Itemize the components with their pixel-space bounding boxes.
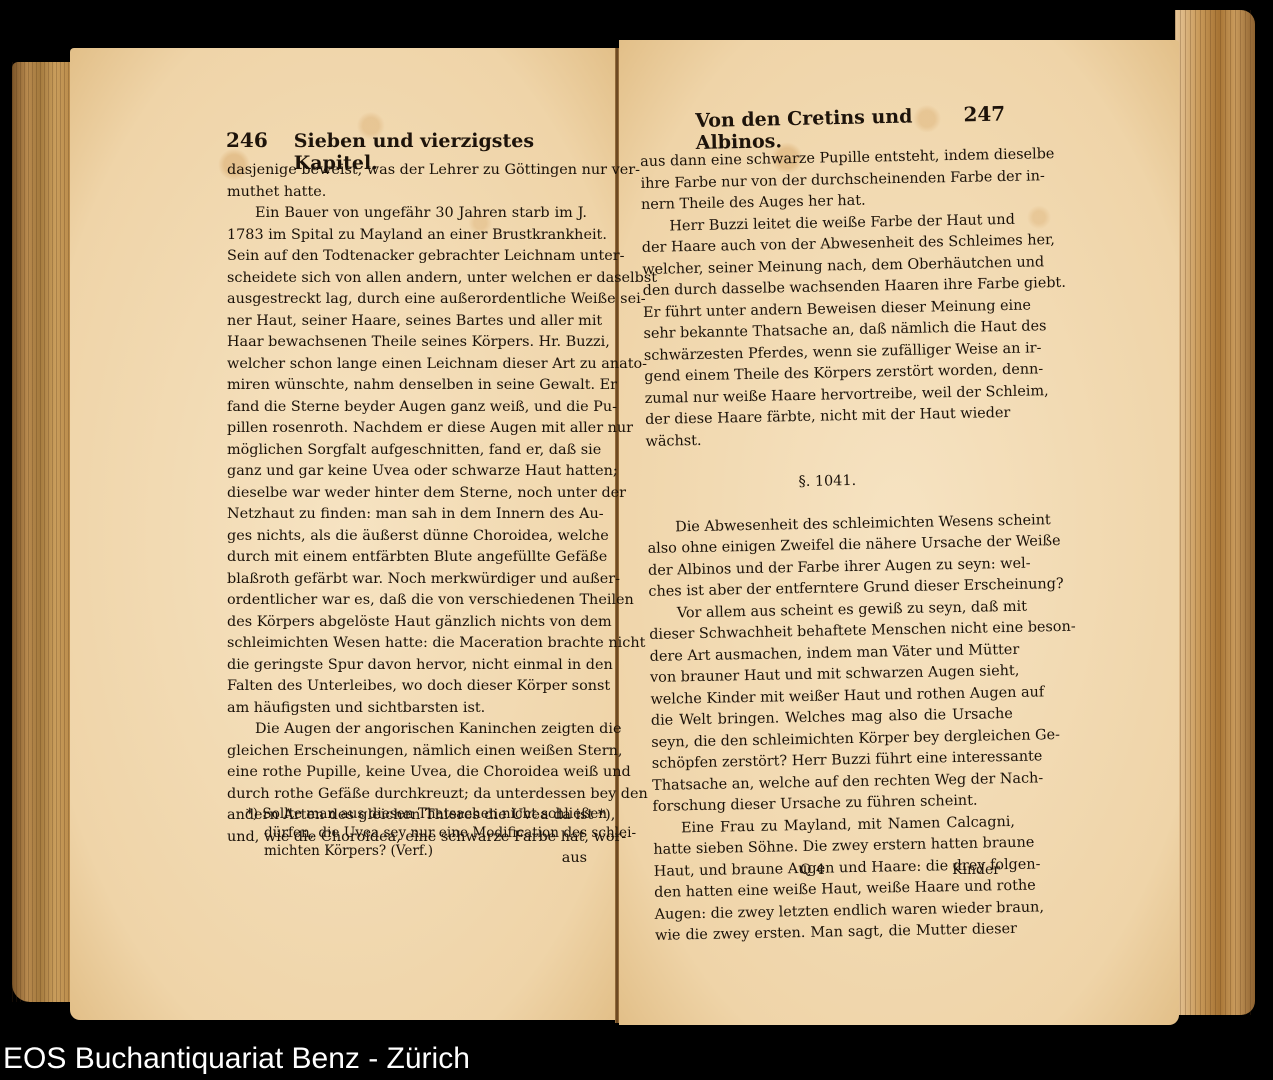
text-line: pillen rosenroth. Nachdem er diese Augen…	[227, 418, 587, 440]
text-line: Falten des Unterleibes, wo doch dieser K…	[227, 676, 587, 698]
right-page-edges	[1175, 10, 1255, 1015]
right-page-number: 247	[963, 102, 1005, 127]
text-line: Netzhaut zu finden: man sah in dem Inner…	[227, 504, 587, 526]
text-line: durch rothe Gefäße durchkreuzt; da unter…	[227, 784, 587, 806]
right-body-text: aus dann eine schwarze Pupille entsteht,…	[640, 145, 1017, 947]
text-line: Ein Bauer von ungefähr 30 Jahren starb i…	[227, 203, 587, 225]
publisher-caption: EOS Buchantiquariat Benz - Zürich	[3, 1040, 470, 1078]
left-page-number: 246	[226, 128, 268, 152]
text-line: muthet hatte.	[227, 182, 587, 204]
text-line: des Körpers abgelöste Haut gänzlich nich…	[227, 612, 587, 634]
text-line: Haar bewachsenen Theile seines Körpers. …	[227, 332, 587, 354]
text-line: dürfen, die Uvea sey nur eine Modificati…	[246, 824, 586, 843]
text-line: ner Haut, seiner Haare, seines Bartes un…	[227, 311, 587, 333]
signature-mark: Q 4	[800, 862, 825, 878]
text-line: gleichen Erscheinungen, nämlich einen we…	[227, 741, 587, 763]
text-line: eine rothe Pupille, keine Uvea, die Chor…	[227, 762, 587, 784]
left-body-text: dasjenige beweist, was der Lehrer zu Göt…	[227, 160, 587, 870]
text-line: durch mit einem entfärbten Blute angefül…	[227, 547, 587, 569]
text-line: Sein auf den Todtenacker gebrachter Leic…	[227, 246, 587, 268]
text-line: ges nichts, als die äußerst dünne Choroi…	[227, 526, 587, 548]
text-line: dasjenige beweist, was der Lehrer zu Göt…	[227, 160, 587, 182]
catchword: Kinder	[952, 862, 1000, 878]
text-line: am häufigsten und sichtbarsten ist.	[227, 698, 587, 720]
text-line: die geringste Spur davon hervor, nicht e…	[227, 655, 587, 677]
text-line: blaßroth gefärbt war. Noch merkwürdiger …	[227, 569, 587, 591]
text-line: scheidete sich von allen andern, unter w…	[227, 268, 587, 290]
text-line: miren wünschte, nahm denselben in seine …	[227, 375, 587, 397]
text-line: ordentlicher war es, daß die von verschi…	[227, 590, 587, 612]
left-footnote: *) Sollte man aus diesen Thatsachen nich…	[246, 805, 586, 861]
text-line: 1783 im Spital zu Mayland an einer Brust…	[227, 225, 587, 247]
text-line: michten Körpers? (Verf.)	[246, 842, 586, 861]
text-line: Die Augen der angorischen Kaninchen zeig…	[227, 719, 587, 741]
text-line: fand die Sterne beyder Augen ganz weiß, …	[227, 397, 587, 419]
left-page-edges	[12, 62, 74, 1002]
book-gutter	[615, 48, 619, 1023]
right-page-footer: Q 4 Kinder	[800, 862, 1000, 878]
open-book: 246 Sieben und vierzigstes Kapitel. Von …	[0, 0, 1273, 1040]
text-line: ganz und gar keine Uvea oder schwarze Ha…	[227, 461, 587, 483]
text-line: ausgestreckt lag, durch eine außerordent…	[227, 289, 587, 311]
text-line: möglichen Sorgfalt aufgeschnitten, fand …	[227, 440, 587, 462]
text-line: *) Sollte man aus diesen Thatsachen nich…	[246, 805, 586, 824]
text-line: welcher schon lange einen Leichnam diese…	[227, 354, 587, 376]
text-line: schleimichten Wesen hatte: die Maceratio…	[227, 633, 587, 655]
text-line: dieselbe war weder hinter dem Sterne, no…	[227, 483, 587, 505]
